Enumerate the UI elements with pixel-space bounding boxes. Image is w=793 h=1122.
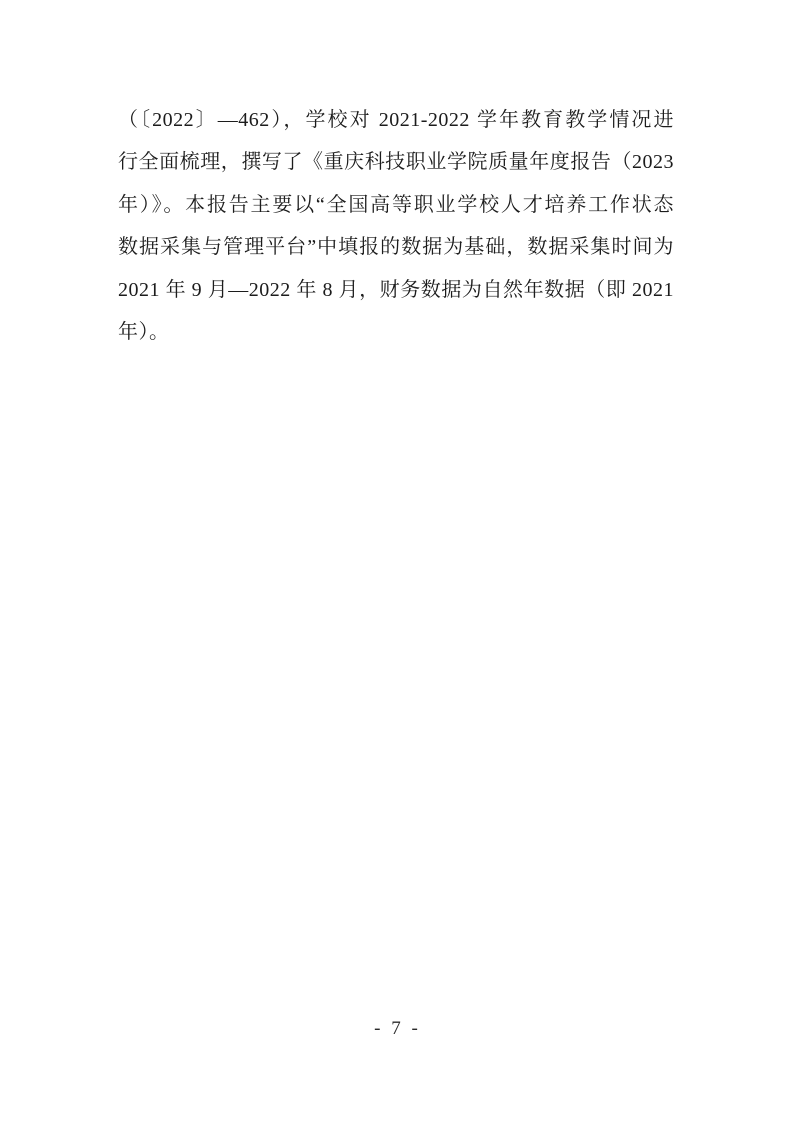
paragraph-line: 2021 年 9 月—2022 年 8 月，财务数据为自然年数据（即 2021 xyxy=(118,269,674,311)
paragraph-line: 年）。 xyxy=(118,311,674,353)
paragraph-line: （〔2022〕—462），学校对 2021-2022 学年教育教学情况进 xyxy=(118,99,674,141)
page-footer: - 7 - xyxy=(0,1017,793,1041)
paragraph-line: 行全面梳理，撰写了《重庆科技职业学院质量年度报告（2023 xyxy=(118,141,674,183)
document-page: （〔2022〕—462），学校对 2021-2022 学年教育教学情况进 行全面… xyxy=(0,0,793,1122)
page-number: - 7 - xyxy=(374,1017,419,1041)
paragraph-line: 数据采集与管理平台”中填报的数据为基础，数据采集时间为 xyxy=(118,226,674,268)
body-paragraph: （〔2022〕—462），学校对 2021-2022 学年教育教学情况进 行全面… xyxy=(118,99,674,353)
paragraph-line: 年）》。本报告主要以“全国高等职业学校人才培养工作状态 xyxy=(118,184,674,226)
